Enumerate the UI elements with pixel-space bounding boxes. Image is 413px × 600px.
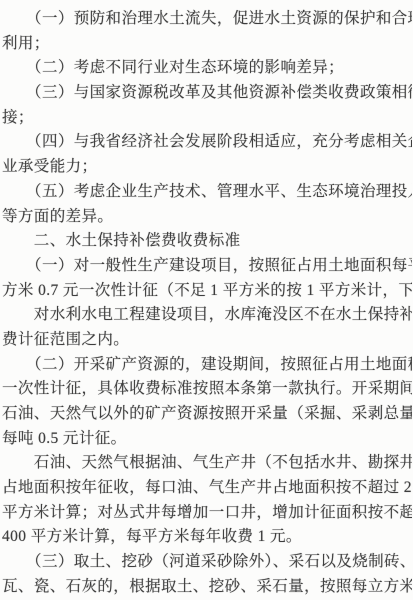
document-line: 等方面的差异。 [2, 205, 412, 230]
document-line: 瓦、瓷、石灰的，根据取土、挖砂、采石量，按照每立方米 0.3 [2, 575, 412, 600]
document-line: 石油、天然气根据油、气生产井（不包括水井、勘探井） [2, 451, 412, 476]
document-line: （一）对一般性生产建设项目，按照征占用土地面积每平 [2, 254, 412, 279]
document-line: （三）取土、挖砂（河道采砂除外）、采石以及烧制砖、 [2, 550, 412, 575]
document-line: 占地面积按年征收，每口油、气生产井占地面积按不超过 2000 [2, 476, 412, 501]
document-line: 对水利水电工程建设项目，水库淹没区不在水土保持补偿 [2, 303, 412, 328]
document-line: （五）考虑企业生产技术、管理水平、生态环境治理投入 [2, 180, 412, 205]
document-line: （四）与我省经济社会发展阶段相适应，充分考虑相关企 [2, 130, 412, 155]
document-line: 平方米计算；对丛式井每增加一口井，增加计征面积按不超过 [2, 501, 412, 526]
document-line: 400 平方米计算，每平方米每年收费 1 元。 [2, 525, 412, 550]
document-line: 业承受能力； [2, 155, 412, 180]
document-line: （二）考虑不同行业对生态环境的影响差异； [2, 56, 412, 81]
document-line: （二）开采矿产资源的，建设期间，按照征占用土地面积 [2, 353, 412, 378]
document-page: （一）预防和治理水土流失，促进水土资源的保护和合理 利用； （二）考虑不同行业对… [0, 0, 413, 600]
document-line: 接； [2, 106, 412, 131]
document-line: 利用； [2, 32, 412, 57]
document-line: （一）预防和治理水土流失，促进水土资源的保护和合理 [2, 7, 412, 32]
document-line: 一次性计征，具体收费标准按照本条第一款执行。开采期间， [2, 377, 412, 402]
document-line: 每吨 0.5 元计征。 [2, 427, 412, 452]
document-section-heading-line: 二、水土保持补偿费收费标准 [2, 229, 412, 254]
document-line: 方米 0.7 元一次性计征（不足 1 平方米的按 1 平方米计，下同）。 [2, 279, 412, 304]
document-line: 石油、天然气以外的矿产资源按照开采量（采掘、采剥总量） [2, 402, 412, 427]
document-line: （三）与国家资源税改革及其他资源补偿类收费政策相衔 [2, 81, 412, 106]
document-line: 费计征范围之内。 [2, 328, 412, 353]
